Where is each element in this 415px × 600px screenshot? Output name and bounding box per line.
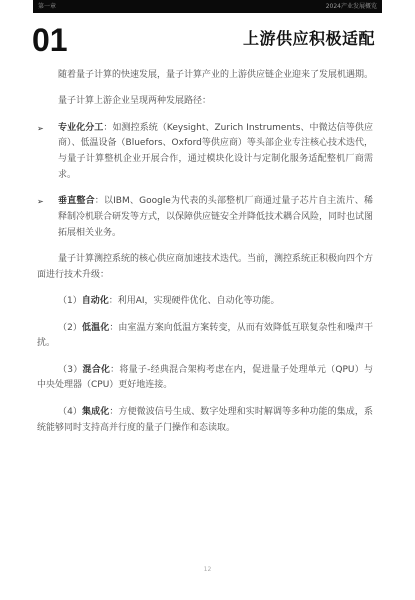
arrow-bullet-icon: ➢ <box>37 121 44 137</box>
upgrade-term: 低温化 <box>82 323 109 333</box>
upgrade-label: （3） <box>58 365 82 375</box>
upgrade-item: （2）低温化：由室温方案向低温方案转变，从而有效降低互联复杂性和噪声干扰。 <box>37 321 373 353</box>
upgrade-term: 集成化 <box>82 407 109 417</box>
upgrade-item: （3）混合化：将量子-经典混合架构考虑在内，促进量子处理单元（QPU）与中央处理… <box>37 363 373 395</box>
page-number: 12 <box>0 566 415 573</box>
section-number: 01 <box>32 24 68 56</box>
bullet-item: ➢ 专业化分工：如测控系统（Keysight、Zurich Instrument… <box>37 121 373 184</box>
upgrade-label: （4） <box>58 407 82 417</box>
upgrade-item: （4）集成化：方便微波信号生成、数字处理和实时解调等多种功能的集成，系统能够同时… <box>37 405 373 437</box>
bullet-text: ：如测控系统（Keysight、Zurich Instruments、中微达信等… <box>58 123 373 180</box>
upgrade-text: ：利用AI，实现硬件优化、自动化等功能。 <box>109 296 280 306</box>
chapter-label: 第一章 <box>38 0 56 13</box>
upgrade-term: 自动化 <box>82 296 109 306</box>
bullet-term: 专业化分工 <box>58 123 103 133</box>
section-title: 上游供应积极适配 <box>243 29 375 49</box>
bullet-term: 垂直整合 <box>58 196 95 206</box>
body-content: 随着量子计算的快速发展，量子计算产业的上游供应链企业迎来了发展机遇期。 量子计算… <box>37 68 373 447</box>
arrow-bullet-icon: ➢ <box>37 194 44 210</box>
paths-intro-paragraph: 量子计算上游企业呈现两种发展路径： <box>37 94 373 110</box>
upgrade-item: （1）自动化：利用AI，实现硬件优化、自动化等功能。 <box>37 294 373 310</box>
report-title: 2024产业发展概览 <box>326 0 377 13</box>
upgrade-label: （1） <box>58 296 82 306</box>
bullet-item: ➢ 垂直整合：以IBM、Google为代表的头部整机厂商通过量子芯片自主流片、稀… <box>37 194 373 241</box>
upgrade-term: 混合化 <box>82 365 110 375</box>
upgrade-intro-paragraph: 量子计算测控系统的核心供应商加速技术迭代。当前，测控系统正积极向四个方面进行技术… <box>37 252 373 284</box>
intro-paragraph: 随着量子计算的快速发展，量子计算产业的上游供应链企业迎来了发展机遇期。 <box>37 68 373 84</box>
header-bar: 第一章 2024产业发展概览 <box>33 0 382 13</box>
upgrade-label: （2） <box>58 323 82 333</box>
bullet-text: ：以IBM、Google为代表的头部整机厂商通过量子芯片自主流片、稀释制冷机联合… <box>58 196 373 238</box>
